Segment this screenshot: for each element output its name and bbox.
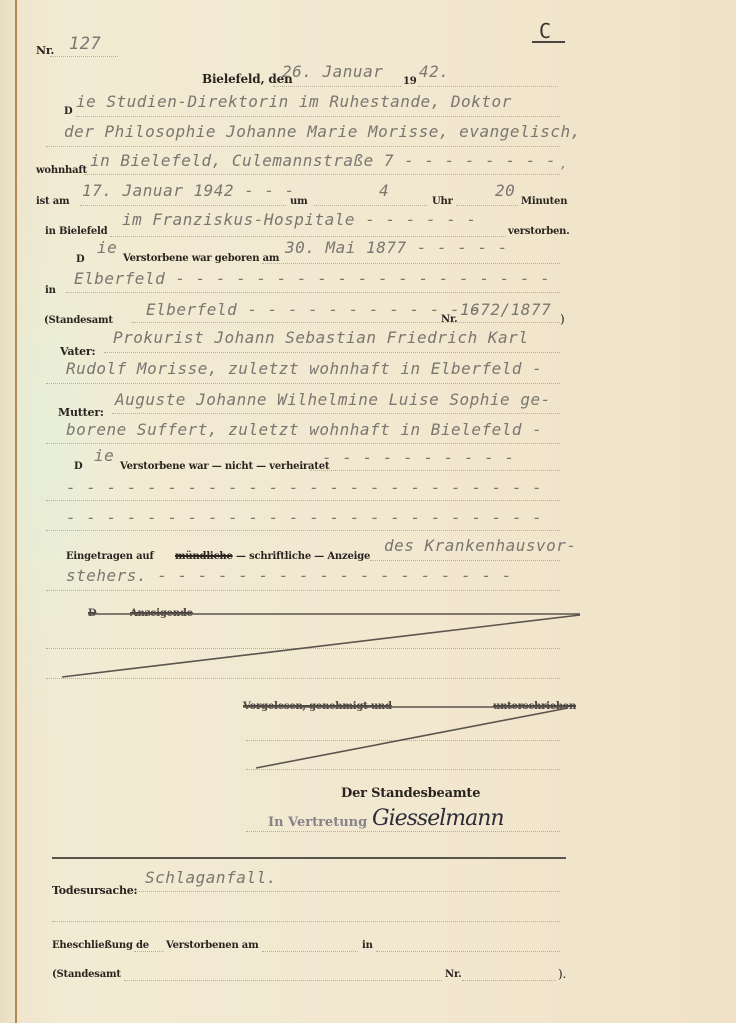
marriage-registry-line [124, 980, 442, 981]
line [130, 891, 560, 892]
marriage-nr-line [462, 980, 556, 981]
cause-value: Schlaganfall. [145, 868, 277, 887]
marriage-label-2: Verstorbenen am [166, 940, 258, 951]
line [246, 831, 560, 832]
registrar-title: Der Standesbeamte [341, 786, 480, 801]
marriage-in-label: in [362, 940, 373, 951]
marriage-nr-label: Nr. [445, 969, 461, 980]
marriage-date-line [262, 951, 358, 952]
marriage-label: Eheschließung de [52, 940, 149, 951]
cancellation-strokes [0, 0, 736, 1023]
registrar-signature: Giesselmann [372, 806, 504, 831]
marriage-place-line [376, 951, 560, 952]
marriage-close: ). [558, 967, 566, 981]
register-page: Nr. 127 C Bielefeld, den 26. Januar 19 4… [0, 0, 736, 1023]
line [52, 921, 560, 922]
cause-label: Todesursache: [52, 884, 137, 897]
line [134, 951, 164, 952]
marriage-registry-label: (Standesamt [52, 969, 121, 980]
deputy-stamp: In Vertretung [268, 815, 367, 830]
section-divider [52, 857, 566, 859]
